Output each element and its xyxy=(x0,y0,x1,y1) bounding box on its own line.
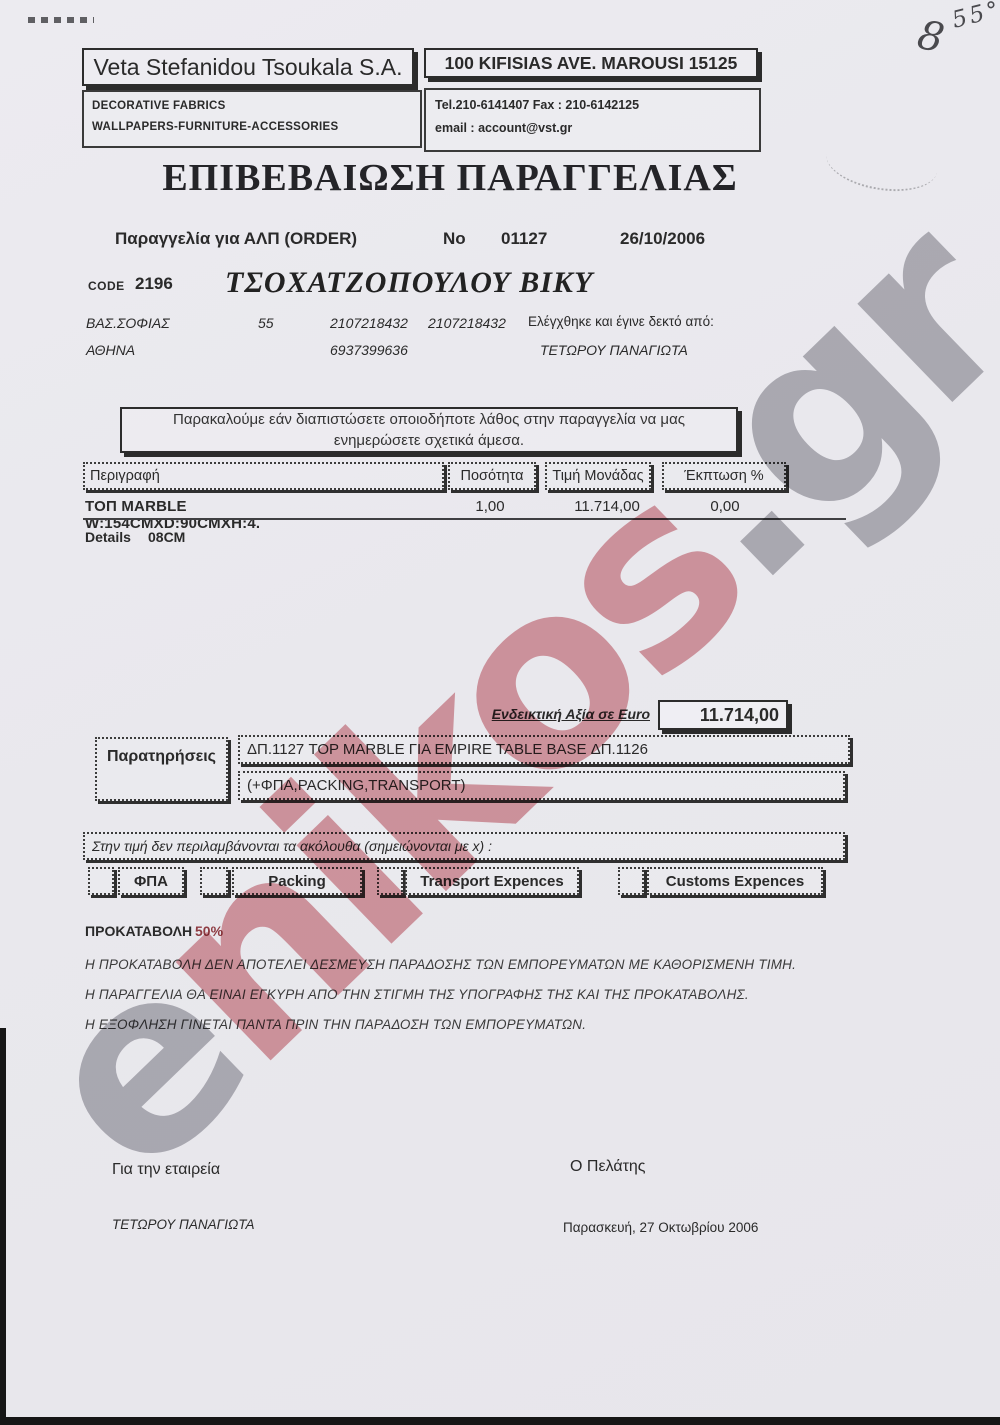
deposit-label: ΠΡΟΚΑΤΑΒΟΛΗ xyxy=(85,923,192,939)
scan-scribble xyxy=(822,128,941,199)
order-number: 01127 xyxy=(501,229,547,249)
remarks-label-box: Παρατηρήσεις xyxy=(95,737,228,801)
table-rule xyxy=(83,518,846,520)
company-subtitle-box: DECORATIVE FABRICS WALLPAPERS-FURNITURE-… xyxy=(82,90,422,148)
total-value-box: 11.714,00 xyxy=(658,700,788,730)
deposit-value: 50% xyxy=(195,923,223,939)
signature-date: Παρασκευή, 27 Οκτωβρίου 2006 xyxy=(563,1220,758,1235)
terms-line: Η ΠΡΟΚΑΤΑΒΟΛΗ ΔΕΝ ΑΠΟΤΕΛΕΙ ΔΕΣΜΕΥΣΗ ΠΑΡΑ… xyxy=(85,957,796,972)
checkbox-label-customs: Customs Expences xyxy=(647,867,823,895)
company-address: 100 KIFISIAS AVE. MAROUSI 15125 xyxy=(445,53,738,74)
terms-line: Η ΠΑΡΑΓΓΕΛΙΑ ΘΑ ΕΙΝΑΙ ΕΓΚΥΡΗ ΑΠΟ ΤΗΝ ΣΤΙ… xyxy=(85,987,749,1002)
checkbox-fpa xyxy=(88,867,114,895)
row-unit-price: 11.714,00 xyxy=(552,498,662,515)
code-value: 2196 xyxy=(135,274,173,294)
checkbox-label-fpa: ΦΠΑ xyxy=(118,867,184,895)
company-line2: WALLPAPERS-FURNITURE-ACCESSORIES xyxy=(92,121,420,133)
order-no-label: No xyxy=(443,229,466,249)
remarks-line1-box: ΔΠ.1127 TOP MARBLE ΓΙΑ EMPIRE TABLE BASE… xyxy=(238,735,850,764)
remarks-label: Παρατηρήσεις xyxy=(97,748,226,766)
remarks-line2: (+ΦΠΑ,PACKING,TRANSPORT) xyxy=(240,773,843,798)
customer-phone2: 2107218432 xyxy=(428,315,506,331)
details-value: 08CM xyxy=(148,529,185,545)
customer-phone1: 2107218432 xyxy=(330,315,408,331)
order-date: 26/10/2006 xyxy=(620,229,705,249)
company-name: Veta Stefanidou Tsoukala S.A. xyxy=(93,54,402,81)
scan-artifact-dashes xyxy=(28,17,94,23)
checkbox-label-packing: Packing xyxy=(232,867,362,895)
exclusions-bar: Στην τιμή δεν περιλαμβάνονται τα ακόλουθ… xyxy=(83,832,845,860)
code-label: CODE xyxy=(88,279,125,293)
scan-edge-bottom xyxy=(0,1417,1000,1425)
customer-mobile: 6937399636 xyxy=(330,342,408,358)
checkbox-label-transport: Transport Expences xyxy=(405,867,579,895)
row-description: ΤΟΠ MARBLE W:154CMXD:90CMXH:4. xyxy=(85,498,260,532)
terms-line: Η ΕΞΟΦΛΗΣΗ ΓΙΝΕΤΑΙ ΠΑΝΤΑ ΠΡΙΝ ΤΗΝ ΠΑΡΑΔΟ… xyxy=(85,1017,586,1032)
customer-city: ΑΘΗΝΑ xyxy=(86,342,135,358)
checked-by-label: Ελέγχθηκε και έγινε δεκτό από: xyxy=(528,314,714,329)
row-quantity: 1,00 xyxy=(448,498,532,515)
notice-line1: Παρακαλούμε εάν διαπιστώσετε οποιοδήποτε… xyxy=(173,409,685,430)
table-header-quantity: Ποσότητα xyxy=(448,462,536,490)
checked-by-name: ΤΕΤΩΡΟΥ ΠΑΝΑΓΙΩΤΑ xyxy=(540,342,688,358)
signature-company-label: Για την εταιρεία xyxy=(112,1161,220,1179)
customer-name: ΤΣΟΧΑΤΖΟΠΟΥΛΟΥ ΒΙΚΥ xyxy=(225,266,593,300)
page-title: ΕΠΙΒΕΒΑΙΩΣΗ ΠΑΡΑΓΓΕΛΙΑΣ xyxy=(140,159,760,197)
company-contact-box: Tel.210-6141407 Fax : 210-6142125 email … xyxy=(424,88,761,152)
checkbox-transport xyxy=(377,867,403,895)
notice-box: Παρακαλούμε εάν διαπιστώσετε οποιοδήποτε… xyxy=(120,407,738,453)
company-address-box: 100 KIFISIAS AVE. MAROUSI 15125 xyxy=(424,48,758,78)
checkbox-packing xyxy=(200,867,228,895)
customer-street: ΒΑΣ.ΣΟΦΙΑΣ xyxy=(86,315,170,331)
checkbox-customs xyxy=(618,867,644,895)
handwritten-note: 8 xyxy=(913,12,947,62)
company-email: email : account@vst.gr xyxy=(435,121,759,135)
notice-line2: ενημερώσετε σχετικά άμεσα. xyxy=(173,430,685,451)
total-label: Ενδεικτική Αξία σε Euro xyxy=(430,706,650,722)
customer-street-no: 55 xyxy=(258,315,274,331)
remarks-line1: ΔΠ.1127 TOP MARBLE ΓΙΑ EMPIRE TABLE BASE… xyxy=(240,737,848,762)
table-header-unit-price: Τιμή Μονάδας xyxy=(545,462,651,490)
company-name-box: Veta Stefanidou Tsoukala S.A. xyxy=(82,48,414,86)
remarks-line2-box: (+ΦΠΑ,PACKING,TRANSPORT) xyxy=(238,771,845,800)
signature-customer-label: Ο Πελάτης xyxy=(570,1158,646,1176)
table-header-description: Περιγραφή xyxy=(83,462,444,490)
company-telfax: Tel.210-6141407 Fax : 210-6142125 xyxy=(435,98,759,112)
total-value: 11.714,00 xyxy=(660,702,786,728)
table-header-discount: Έκπτωση % xyxy=(662,462,786,490)
scan-edge-left xyxy=(0,1028,6,1425)
handwritten-note: 55° xyxy=(950,0,1000,34)
order-label: Παραγγελία για ΑΛΠ (ORDER) xyxy=(115,229,357,249)
exclusions-label: Στην τιμή δεν περιλαμβάνονται τα ακόλουθ… xyxy=(85,834,843,858)
signature-company-name: ΤΕΤΩΡΟΥ ΠΑΝΑΓΙΩΤΑ xyxy=(112,1217,255,1232)
company-line1: DECORATIVE FABRICS xyxy=(92,100,420,112)
details-label: Details xyxy=(85,529,131,545)
row-discount: 0,00 xyxy=(670,498,780,515)
